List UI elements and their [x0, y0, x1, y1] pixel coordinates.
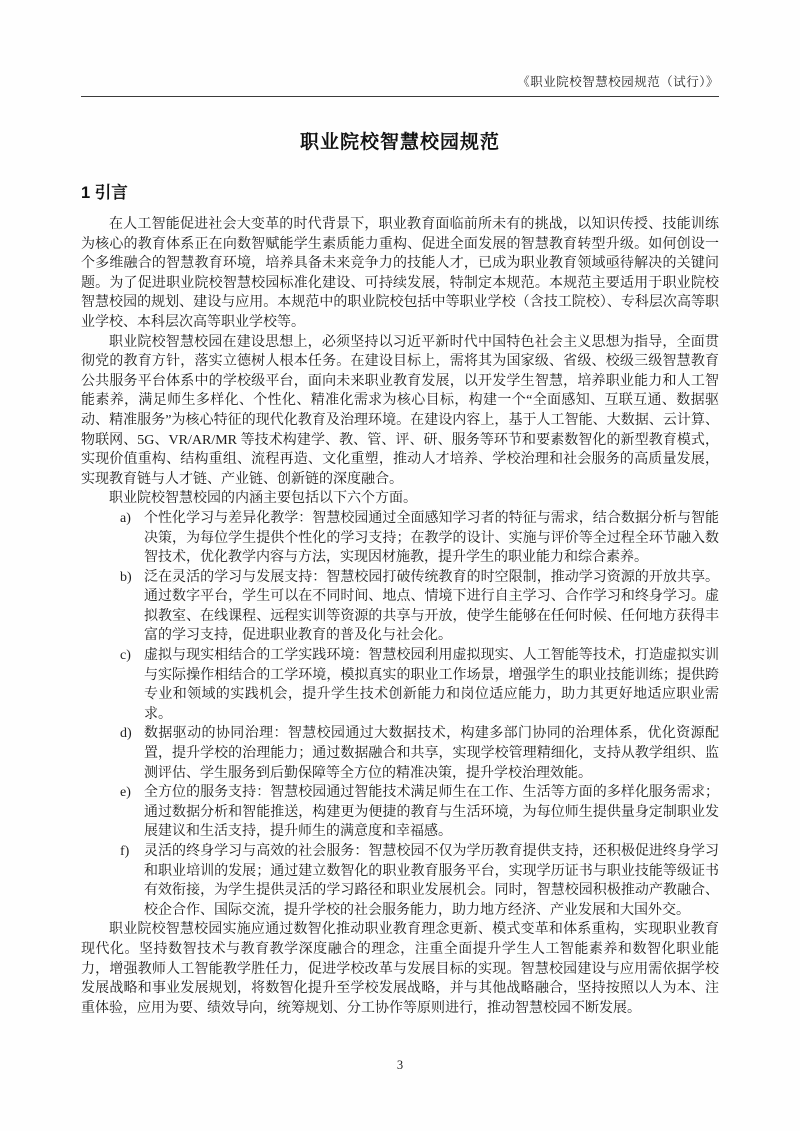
list-item-label: a)	[120, 509, 131, 529]
list-item: c) 虚拟与现实相结合的工学实践环境：智慧校园利用虚拟现实、人工智能等技术，打造…	[81, 646, 719, 724]
list-item-label: b)	[120, 568, 132, 588]
list-item-label: e)	[120, 783, 131, 803]
list-item-text: 虚拟与现实相结合的工学实践环境：智慧校园利用虚拟现实、人工智能等技术，打造虚拟实…	[144, 648, 719, 722]
list-item: e) 全方位的服务支持：智慧校园通过智能技术满足师生在工作、生活等方面的多样化服…	[81, 783, 719, 842]
list-item-text: 全方位的服务支持：智慧校园通过智能技术满足师生在工作、生活等方面的多样化服务需求…	[144, 785, 719, 839]
document-page: 《职业院校智慧校园规范（试行）》 职业院校智慧校园规范 1 引言 在人工智能促进…	[0, 0, 800, 1131]
list-item-text: 泛在灵活的学习与发展支持：智慧校园打破传统教育的时空限制，推动学习资源的开放共享…	[144, 570, 719, 644]
paragraph-intro-1: 在人工智能促进社会大变革的时代背景下，职业教育面临前所未有的挑战，以知识传授、技…	[81, 215, 719, 333]
list-item-text: 个性化学习与差异化教学：智慧校园通过全面感知学习者的特征与需求，结合数据分析与智…	[144, 511, 719, 565]
itemized-list: a) 个性化学习与差异化教学：智慧校园通过全面感知学习者的特征与需求，结合数据分…	[81, 509, 719, 920]
paragraph-closing: 职业院校智慧校园实施应通过数智化推动职业教育理念更新、模式变革和体系重构，实现职…	[81, 920, 719, 1018]
list-item: f) 灵活的终身学习与高效的社会服务：智慧校园不仅为学历教育提供支持，还积极促进…	[81, 842, 719, 920]
list-item-text: 灵活的终身学习与高效的社会服务：智慧校园不仅为学历教育提供支持，还积极促进终身学…	[144, 844, 719, 918]
list-item-label: c)	[120, 646, 131, 666]
list-item-label: d)	[120, 724, 132, 744]
list-item-text: 数据驱动的协同治理：智慧校园通过大数据技术，构建多部门协同的治理体系，优化资源配…	[144, 726, 719, 780]
section-heading: 1 引言	[81, 179, 719, 203]
list-item: a) 个性化学习与差异化教学：智慧校园通过全面感知学习者的特征与需求，结合数据分…	[81, 509, 719, 568]
paragraph-intro-2: 职业院校智慧校园在建设思想上，必须坚持以习近平新时代中国特色社会主义思想为指导，…	[81, 333, 719, 490]
list-item: d) 数据驱动的协同治理：智慧校园通过大数据技术，构建多部门协同的治理体系，优化…	[81, 724, 719, 783]
paragraph-list-lead: 职业院校智慧校园的内涵主要包括以下六个方面。	[81, 489, 719, 509]
body-text: 在人工智能促进社会大变革的时代背景下，职业教育面临前所未有的挑战，以知识传授、技…	[81, 215, 719, 1018]
page-number: 3	[0, 1058, 800, 1073]
running-header: 《职业院校智慧校园规范（试行）》	[81, 72, 719, 97]
list-item: b) 泛在灵活的学习与发展支持：智慧校园打破传统教育的时空限制，推动学习资源的开…	[81, 568, 719, 646]
document-title: 职业院校智慧校园规范	[81, 127, 719, 154]
list-item-label: f)	[120, 842, 129, 862]
